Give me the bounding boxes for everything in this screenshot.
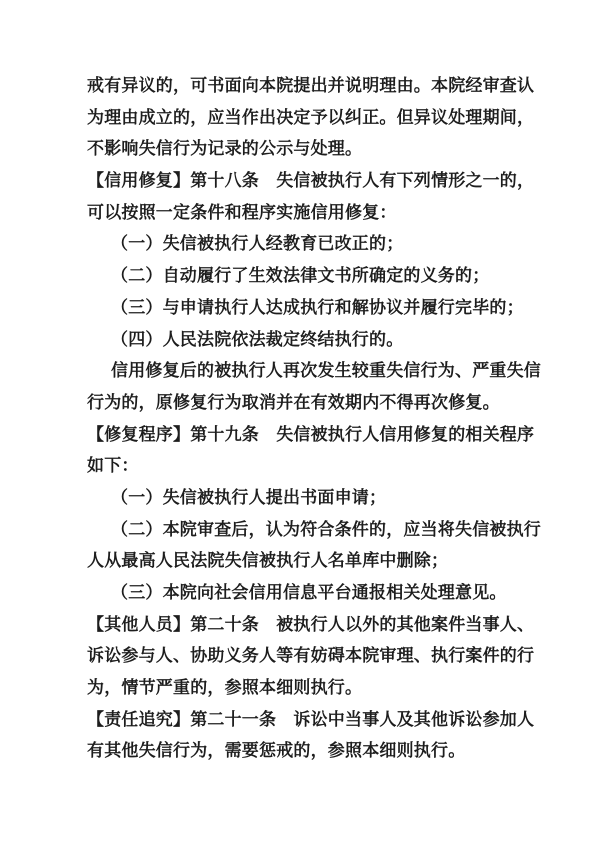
text-line: （二）自动履行了生效法律文书所确定的义务的；: [87, 260, 562, 292]
text-line: （二）本院审查后，认为符合条件的，应当将失信被执行: [87, 514, 562, 546]
text-line: （一）失信被执行人提出书面申请；: [87, 482, 562, 514]
article-heading: 【其他人员】第二十条: [87, 615, 259, 634]
text-line: 有其他失信行为，需要惩戒的，参照本细则执行。: [87, 735, 562, 767]
text-line: （三）本院向社会信用信息平台通报相关处理意见。: [87, 577, 562, 609]
text-line: 可以按照一定条件和程序实施信用修复：: [87, 197, 562, 229]
text-line: 为理由成立的，应当作出决定予以纠正。但异议处理期间，: [87, 102, 562, 134]
article-heading: 【责任追究】第二十一条: [87, 710, 276, 729]
article-heading-line: 【修复程序】第十九条 失信被执行人信用修复的相关程序: [87, 419, 562, 451]
text-line: （四）人民法院依法裁定终结执行的。: [87, 324, 562, 356]
document-text-block: 戒有异议的，可书面向本院提出并说明理由。本院经审查认为理由成立的，应当作出决定予…: [87, 70, 562, 767]
article-heading-line: 【责任追究】第二十一条 诉讼中当事人及其他诉讼参加人: [87, 704, 562, 736]
article-heading: 【信用修复】第十八条: [87, 171, 259, 190]
text-line: 诉讼参与人、协助义务人等有妨碍本院审理、执行案件的行: [87, 640, 562, 672]
text-line: 行为的，原修复行为取消并在有效期内不得再次修复。: [87, 387, 562, 419]
text-line: 不影响失信行为记录的公示与处理。: [87, 133, 562, 165]
text-line: 为，情节严重的，参照本细则执行。: [87, 672, 562, 704]
text-line: 人从最高人民法院失信被执行人名单库中删除；: [87, 545, 562, 577]
article-heading-line: 【其他人员】第二十条 被执行人以外的其他案件当事人、: [87, 609, 562, 641]
text-line: 如下：: [87, 450, 562, 482]
text-line: （三）与申请执行人达成执行和解协议并履行完毕的；: [87, 292, 562, 324]
text-line: （一）失信被执行人经教育已改正的；: [87, 228, 562, 260]
text-line: 戒有异议的，可书面向本院提出并说明理由。本院经审查认: [87, 70, 562, 102]
article-heading-line: 【信用修复】第十八条 失信被执行人有下列情形之一的，: [87, 165, 562, 197]
text-line: 信用修复后的被执行人再次发生较重失信行为、严重失信: [87, 355, 562, 387]
document-page: 戒有异议的，可书面向本院提出并说明理由。本院经审查认为理由成立的，应当作出决定予…: [0, 0, 600, 849]
article-heading: 【修复程序】第十九条: [87, 425, 259, 444]
